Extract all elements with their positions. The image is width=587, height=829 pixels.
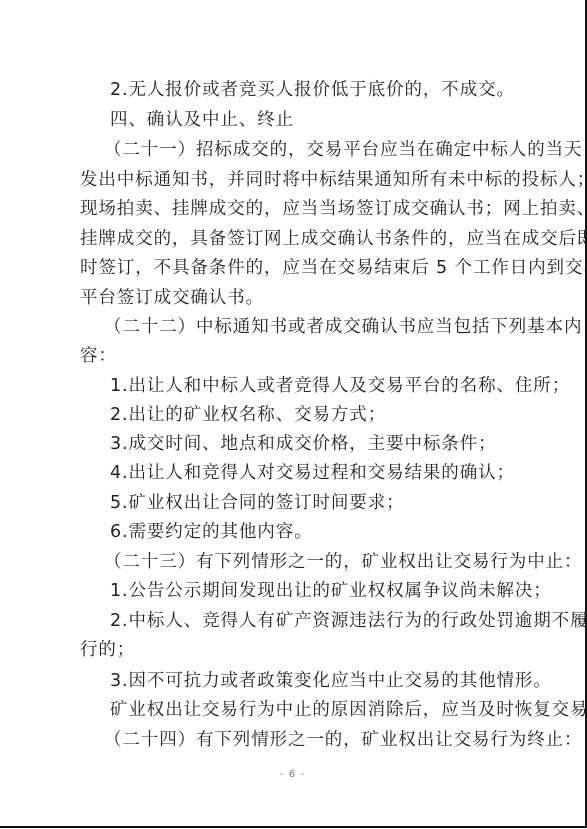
- text-line: 四、确认及中止、终止: [110, 109, 294, 131]
- text-line: 4.出让人和竞得人对交易过程和交易结果的确认；: [110, 462, 515, 484]
- text-line: （二十三）有下列情形之一的，矿业权出让交易行为中止：: [104, 551, 582, 573]
- text-line: 5.矿业权出让合同的签订时间要求；: [110, 492, 405, 514]
- text-line: 6.需要约定的其他内容。: [110, 521, 313, 543]
- document-page: 2.无人报价或者竞买人报价低于底价的，不成交。四、确认及中止、终止（二十一）招标…: [0, 0, 587, 828]
- page-number: - 6 -: [0, 769, 585, 780]
- text-line: （二十二）中标通知书或者成交确认书应当包括下列基本内: [104, 316, 582, 338]
- text-line: 现场拍卖、挂牌成交的，应当当场签订成交确认书；网上拍卖、: [80, 198, 587, 220]
- text-line: 2.无人报价或者竞买人报价低于底价的，不成交。: [110, 79, 515, 101]
- text-line: 1.公告公示期间发现出让的矿业权权属争议尚未解决；: [110, 580, 552, 602]
- text-line: 矿业权出让交易行为中止的原因消除后，应当及时恢复交易。: [110, 699, 587, 721]
- text-line: 行的；: [80, 639, 135, 661]
- text-line: 3.因不可抗力或者政策变化应当中止交易的其他情形。: [110, 670, 552, 692]
- text-line: 1.出让人和中标人或者竞得人及交易平台的名称、住所；: [110, 375, 570, 397]
- text-line: 2.出让的矿业权名称、交易方式；: [110, 404, 386, 426]
- text-line: 时签订，不具备条件的，应当在交易结束后 5 个工作日内到交易: [80, 257, 587, 279]
- text-line: 容：: [80, 345, 117, 367]
- text-line: 挂牌成交的，具备签订网上成交确认书条件的，应当在成交后即: [80, 228, 587, 250]
- text-line: 平台签订成交确认书。: [80, 287, 264, 309]
- text-line: 发出中标通知书，并同时将中标结果通知所有未中标的投标人；: [80, 169, 587, 191]
- text-line: 3.成交时间、地点和成交价格，主要中标条件；: [110, 433, 497, 455]
- text-line: 2.中标人、竞得人有矿产资源违法行为的行政处罚逾期不履: [110, 610, 587, 632]
- text-line: （二十四）有下列情形之一的，矿业权出让交易行为终止：: [104, 729, 582, 751]
- text-line: （二十一）招标成交的，交易平台应当在确定中标人的当天: [104, 139, 582, 161]
